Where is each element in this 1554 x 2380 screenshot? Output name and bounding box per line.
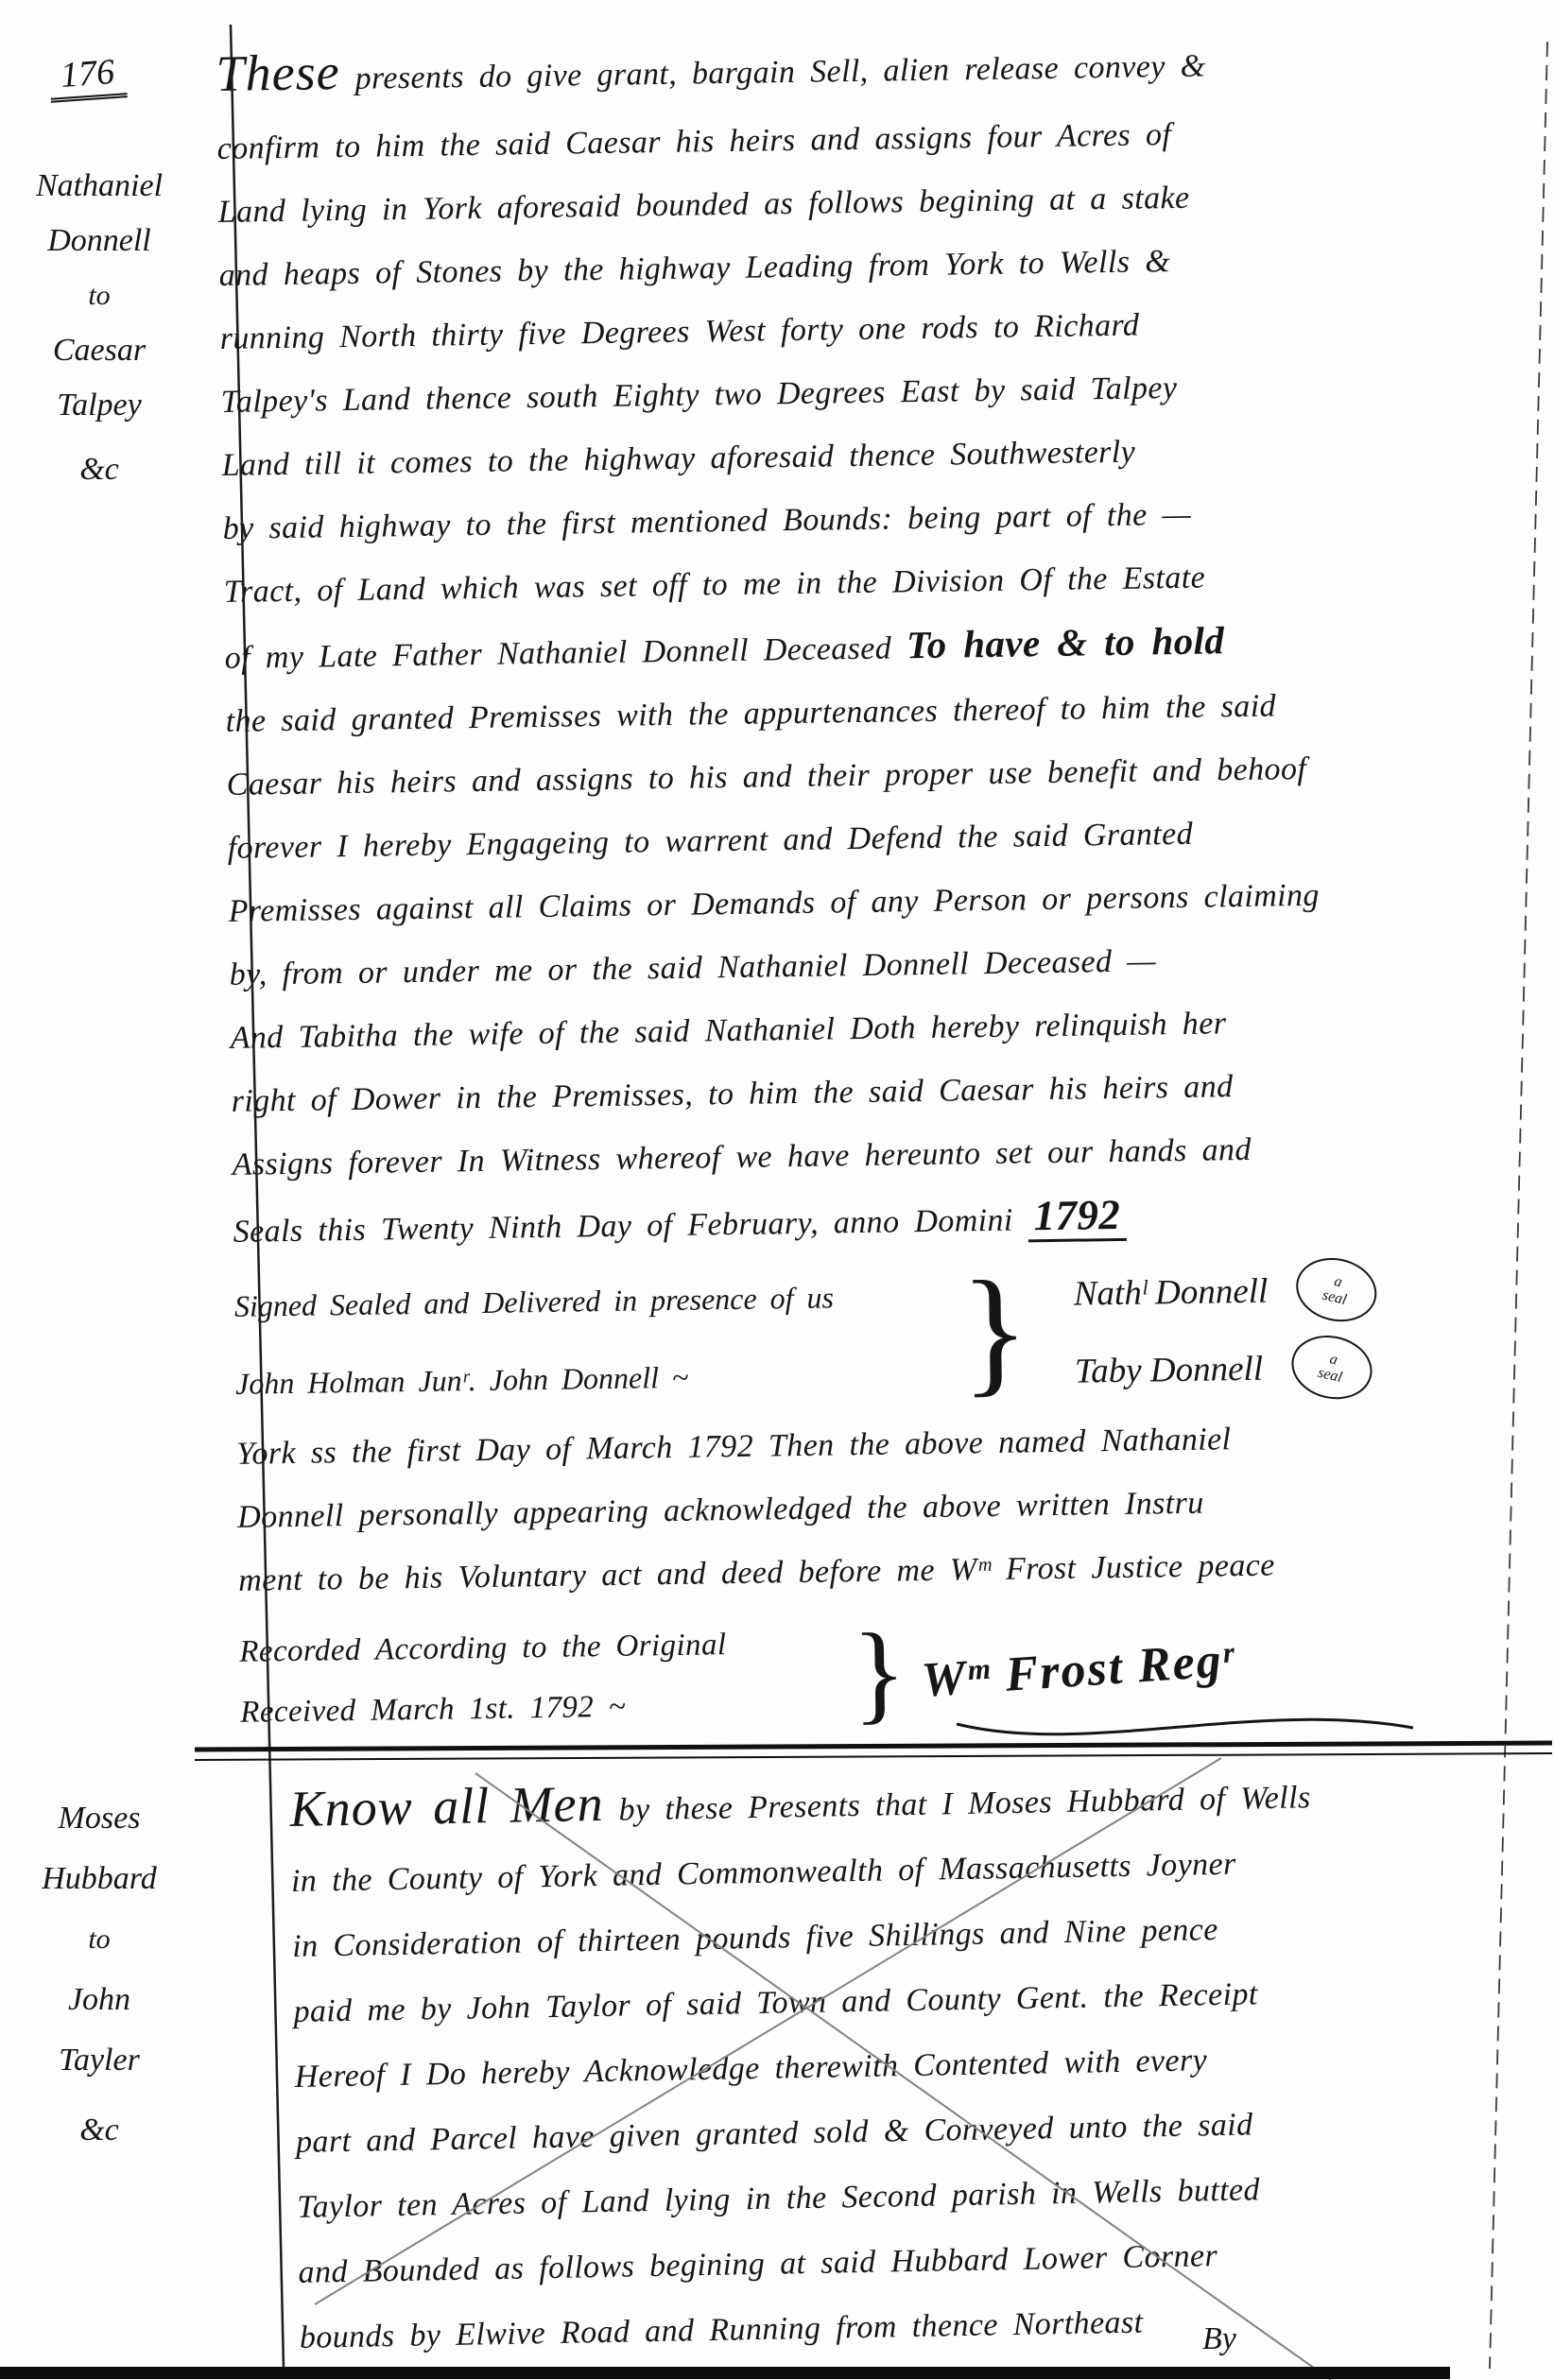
margin-to-label: to [13,268,185,323]
habendum-pre: of my Late Father Nathaniel Donnell Dece… [224,630,906,676]
margin-grantor-first-name: Nathaniel [13,159,185,214]
witness-names: John Holman Junʳ. John Donnell ~ [235,1355,984,1402]
registrar-signature: Wᵐ Frost Regʳ [920,1631,1236,1708]
margin-grantor-first-name: Moses [13,1788,185,1849]
deed-register-page: { "page": { "number": "176", "ink_color"… [0,0,1554,2380]
seal-mark: a seal [1290,1250,1384,1330]
witness-statement: Signed Sealed and Delivered in presence … [234,1278,983,1324]
signature-witness-block: } Signed Sealed and Delivered in presenc… [233,1248,1554,1423]
signer-name: Nathˡ Donnell [1073,1270,1268,1314]
opening-phrase: Know all Men [289,1775,604,1837]
catchword: By [1202,2321,1236,2357]
recording-brace: } [852,1612,907,1733]
page-number: 176 [48,50,128,97]
habendum-emphasis: To have & to hold [906,618,1225,666]
seal-text-top: a [1333,1273,1344,1290]
seal-mark: a seal [1286,1328,1379,1407]
opening-rest: by these Presents that I Moses Hubbard o… [618,1780,1311,1827]
margin-parties-second-deed: Moses Hubbard to John Tayler &c [13,1788,185,2161]
margin-grantor-last-name: Hubbard [13,1849,185,1909]
recording-block: Recorded According to the Original Recei… [239,1602,1554,1743]
deed-year: 1792 [1027,1191,1126,1243]
seal-text-bottom: seal [1317,1365,1344,1386]
deed-separator-rule-thick [195,1743,1552,1750]
margin-grantee-last-name: Talpey [13,378,185,433]
margin-parties-first-deed: Nathaniel Donnell to Caesar Talpey &c [13,159,185,497]
deed-record-hubbard-to-tayler: Know all Men by these Presents that I Mo… [289,1754,1538,2371]
margin-grantee-first-name: Caesar [13,323,185,378]
opening-word: These [216,43,340,102]
seal-text-top: a [1328,1351,1339,1368]
margin-grantee-first-name: John [13,1970,185,2030]
date-line-pre: Seals this Twenty Ninth Day of February,… [233,1202,1027,1249]
received-line: Received March 1st. 1792 ~ [240,1673,854,1743]
seal-text-bottom: seal [1321,1287,1349,1308]
witness-brace: } [959,1250,1030,1411]
deed-record-donnell-to-talpey: These presents do give grant, bargain Se… [216,18,1554,1743]
signer-name: Taby Donnell [1075,1348,1264,1391]
margin-grantor-last-name: Donnell [13,214,185,268]
margin-etcetera: &c [13,442,185,497]
opening-rest: presents do give grant, bargain Sell, al… [354,48,1205,95]
recording-lines: Recorded According to the Original Recei… [239,1613,854,1743]
recorded-line: Recorded According to the Original [239,1613,853,1682]
page-number-text: 176 [48,51,128,103]
scan-edge-bar [0,2367,1450,2379]
margin-to-label: to [13,1909,185,1970]
margin-etcetera: &c [13,2100,185,2161]
margin-grantee-last-name: Tayler [13,2030,185,2091]
